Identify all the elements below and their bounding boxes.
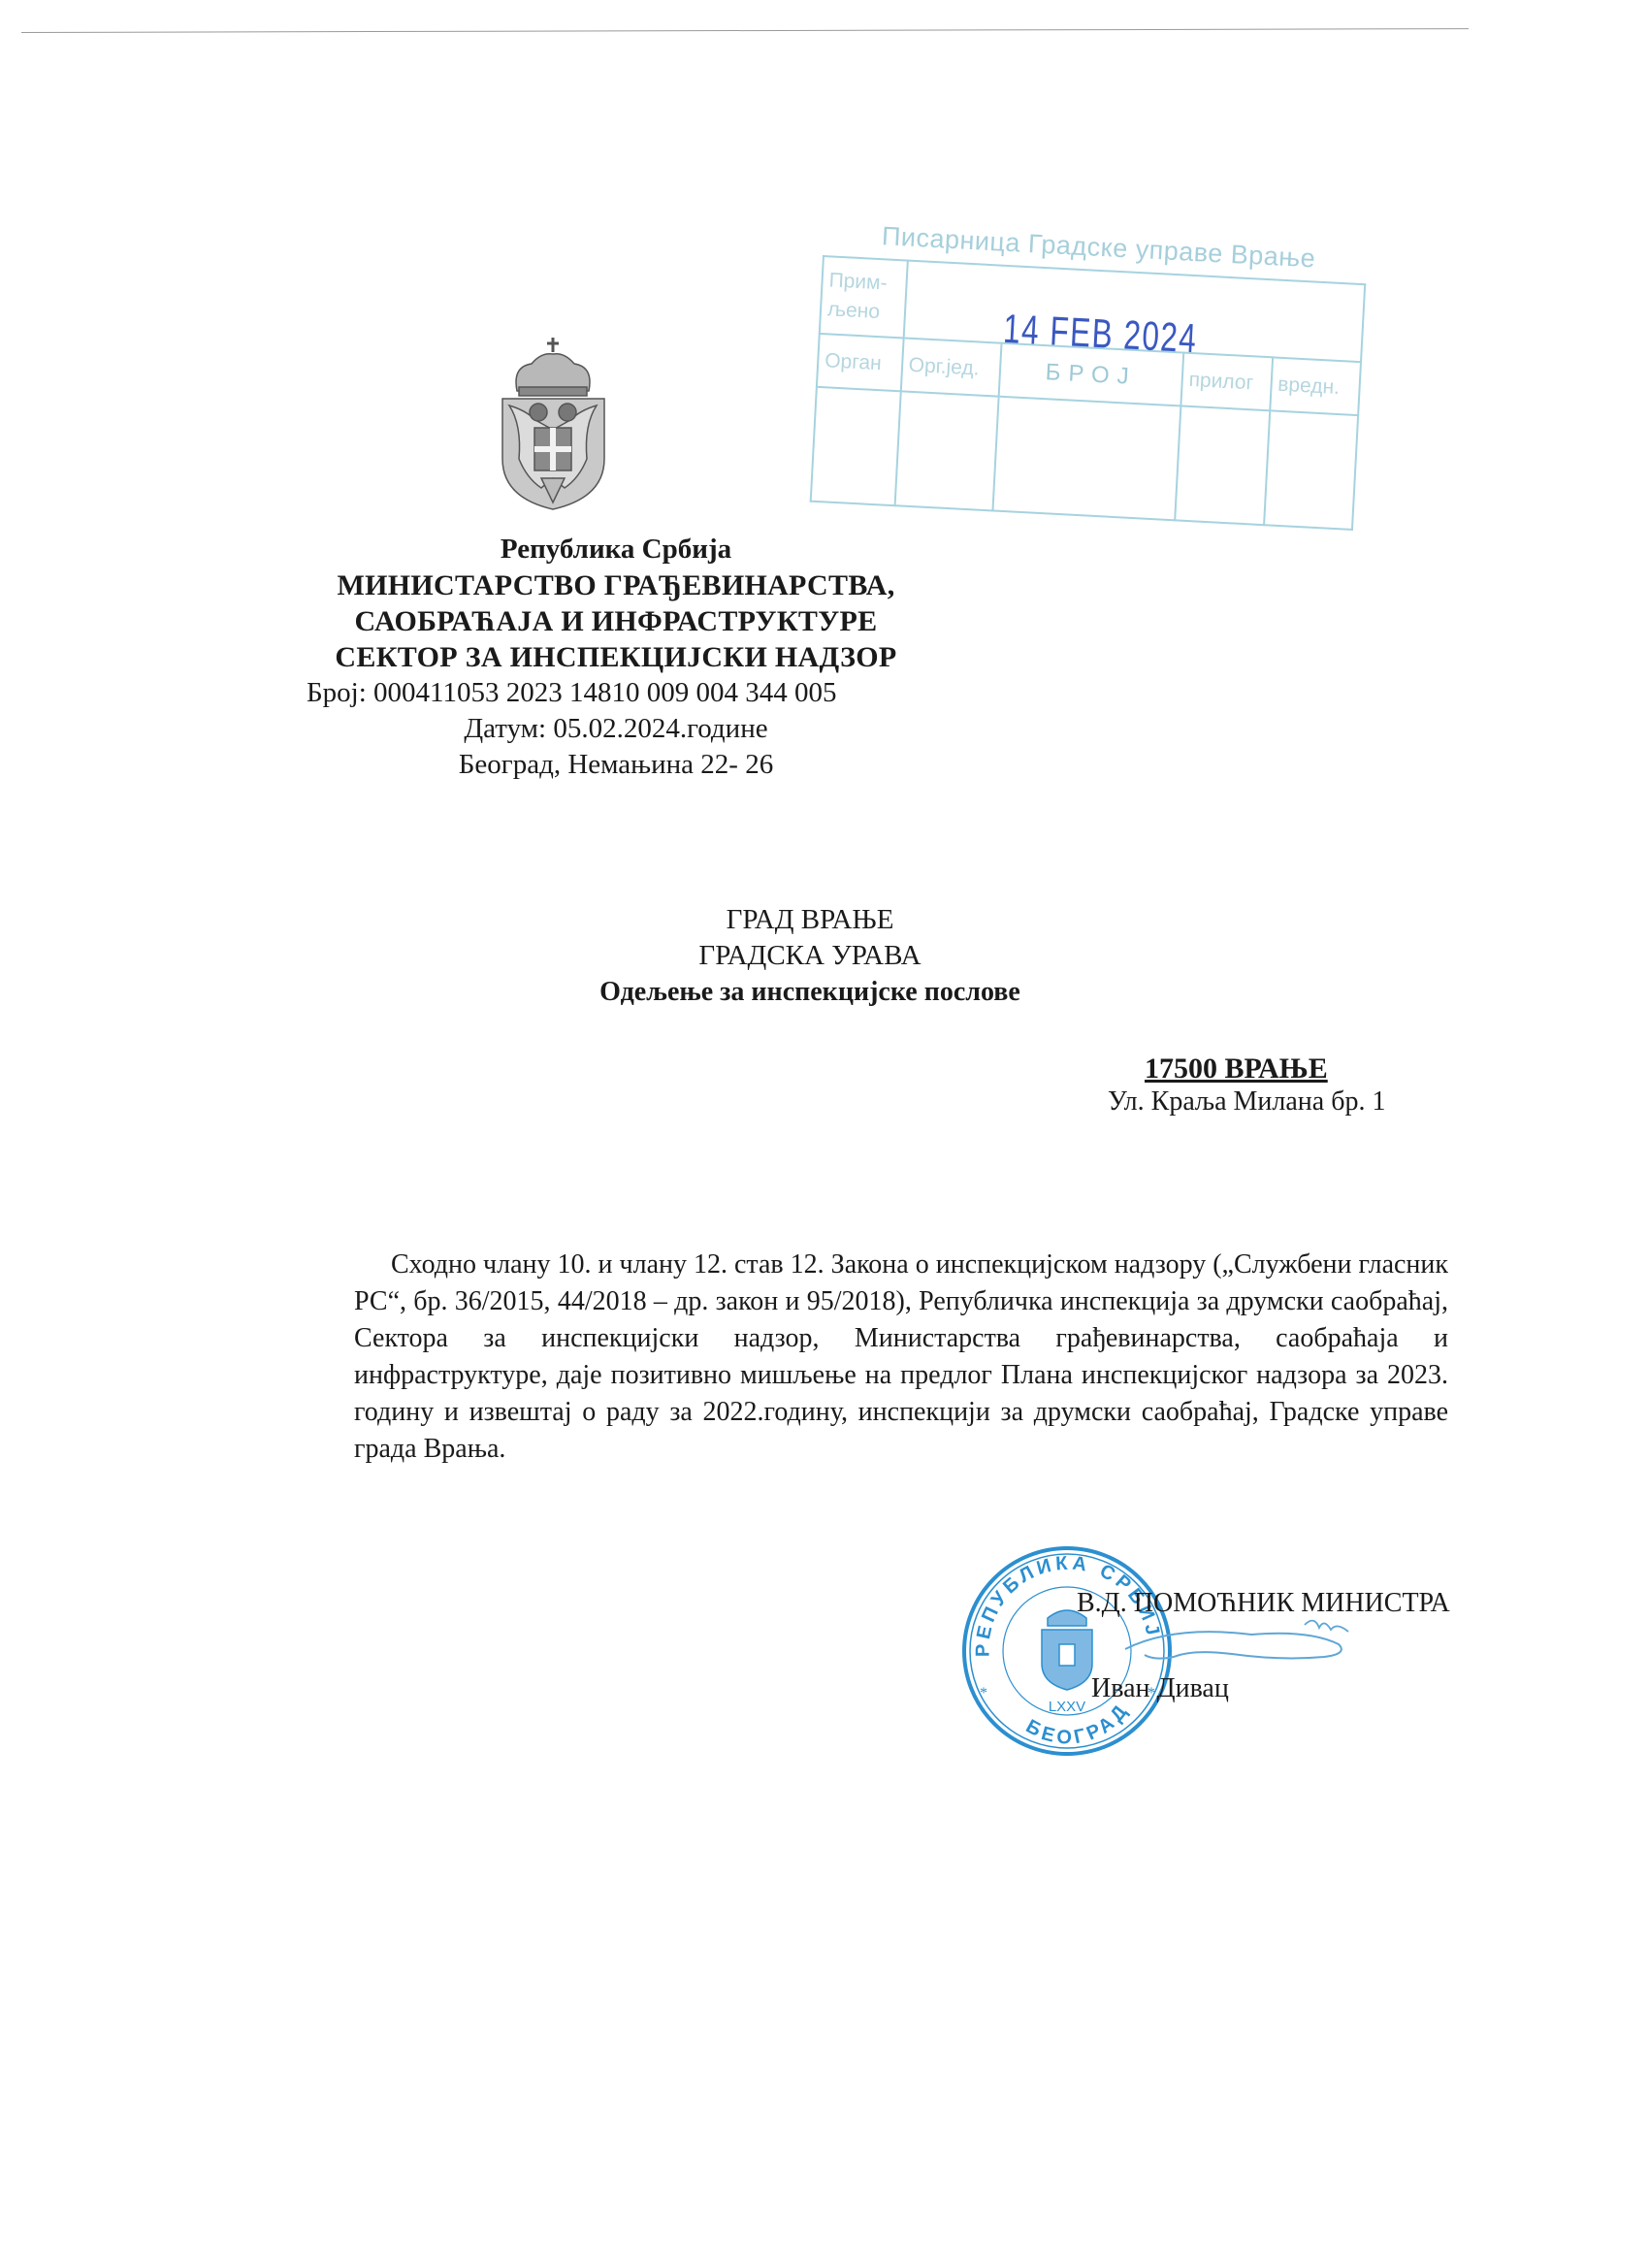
coat-of-arms-icon xyxy=(498,333,609,512)
received-stamp: Писарница Градске управе Врање Прим- љен… xyxy=(809,218,1386,538)
sender-date: Датум: 05.02.2024.године xyxy=(281,711,951,747)
recipient-postal-city: 17500 ВРАЊЕ xyxy=(1145,1053,1328,1085)
seal-numeral: LXXV xyxy=(1049,1699,1085,1715)
recipient-street: Ул. Краља Милана бр. 1 xyxy=(1108,1086,1385,1118)
recipient-administration: ГРАДСКА УРАВА xyxy=(582,938,1038,974)
recipient-department: Одељење за инспекцијске послове xyxy=(582,974,1038,1010)
sender-ministry-line1: МИНИСТАРСТВО ГРАЂЕВИНАРСТВА, xyxy=(281,567,951,603)
svg-text:*: * xyxy=(980,1685,987,1701)
sender-block: Република Србија МИНИСТАРСТВО ГРАЂЕВИНАР… xyxy=(281,532,951,783)
body-paragraph: Сходно члану 10. и члану 12. став 12. За… xyxy=(354,1247,1448,1468)
signatory-name: Иван Дивац xyxy=(1091,1673,1229,1704)
stamp-received-label: Прим- љено xyxy=(820,256,908,338)
recipient-block: ГРАД ВРАЊЕ ГРАДСКА УРАВА Одељење за инсп… xyxy=(582,902,1038,1010)
handwritten-signature-icon xyxy=(1115,1610,1368,1678)
stamp-col-vredn: вредн. xyxy=(1270,357,1361,415)
sender-address: Београд, Немањина 22- 26 xyxy=(281,747,951,783)
stamp-grid: Прим- љено Орган Орг.јед. БРОЈ прилог вр… xyxy=(810,255,1380,532)
signatory-title: В.Д. ПОМОЋНИК МИНИСТРА xyxy=(1077,1588,1450,1619)
stamp-col-organ: Орган xyxy=(817,334,903,391)
sender-sector: СЕКТОР ЗА ИНСПЕКЦИЈСКИ НАДЗОР xyxy=(281,639,951,675)
sender-number: Број: 000411053 2023 14810 009 004 344 0… xyxy=(281,675,951,711)
sender-country: Република Србија xyxy=(281,532,951,567)
top-rule xyxy=(21,28,1469,33)
stamp-col-orgjed: Орг.јед. xyxy=(900,338,1001,396)
sender-ministry-line2: САОБРАЋАЈА И ИНФРАСТРУКТУРЕ xyxy=(281,603,951,639)
recipient-city-org: ГРАД ВРАЊЕ xyxy=(582,902,1038,938)
